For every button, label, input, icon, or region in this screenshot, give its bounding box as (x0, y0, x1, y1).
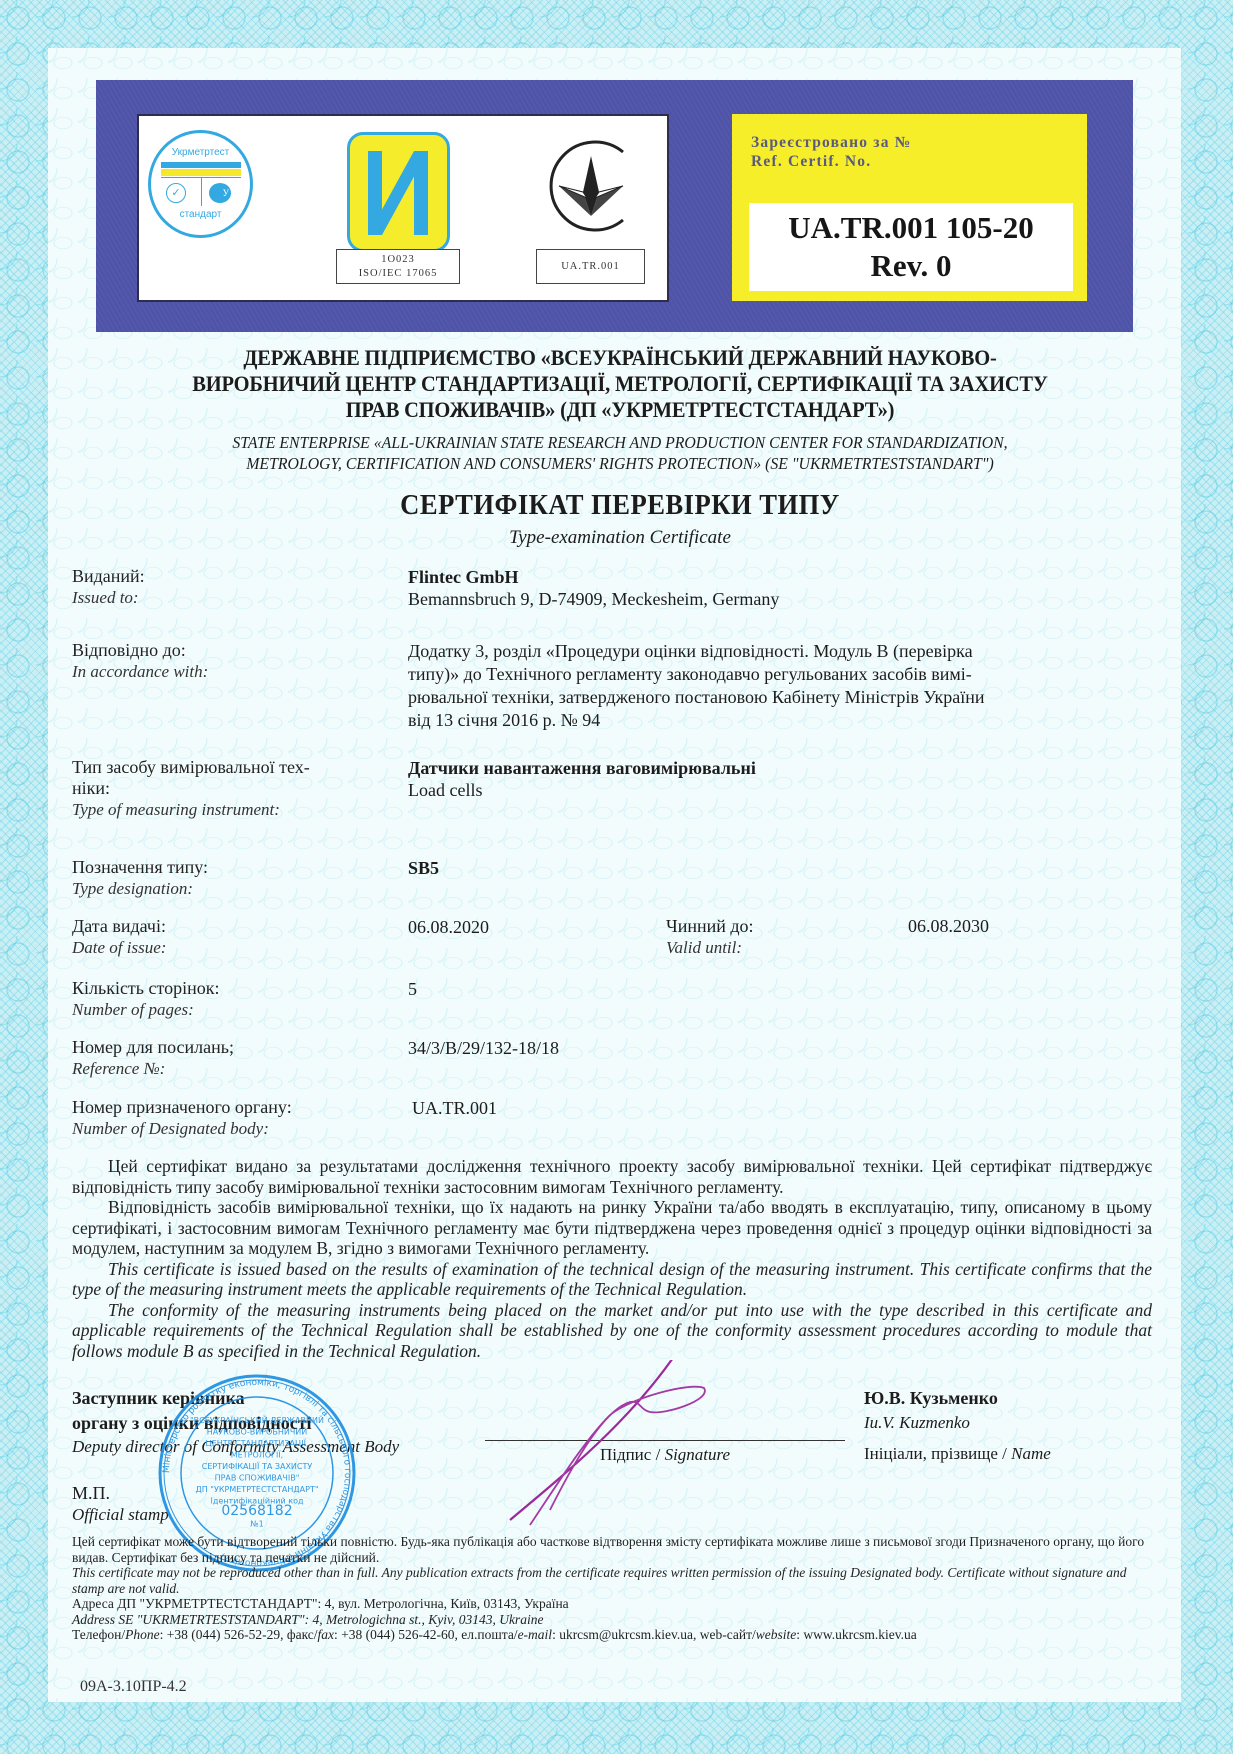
notice-en: This certificate may not be reproduced o… (72, 1565, 1152, 1596)
address-ua: Адреса ДП "УКРМЕТРТЕСТСТАНДАРТ": 4, вул.… (72, 1596, 1152, 1612)
consumer-mark-icon: У (209, 183, 231, 203)
ukrmetrtest-logo-top-text: Укрметртест (151, 147, 250, 158)
field-accordance: Відповідно до: In accordance with: Додат… (72, 640, 1162, 682)
name-caption-ua: Ініціали, прізвище / (864, 1444, 1011, 1463)
registration-number: UA.TR.001 105-20 (749, 209, 1073, 247)
certificate-title: СЕРТИФІКАТ ПЕРЕВІРКИ ТИПУ (98, 490, 1143, 522)
accreditation-code: 1O023 (337, 253, 459, 267)
field-number-of-pages: Кількість сторінок: Number of pages: 5 (72, 978, 1162, 1020)
field-label-en: Number of Designated body: (72, 1118, 1162, 1139)
statement-paragraph: Цей сертифікат видано за результатами до… (72, 1156, 1152, 1197)
website-link[interactable]: : www.ukrcsm.kiev.ua (796, 1627, 916, 1642)
phone-label-en: Phone (125, 1627, 160, 1642)
registration-label-ua: Зареєстровано за № (751, 133, 912, 152)
org-line: ПРАВ СПОЖИВАЧІВ» (ДП «УКРМЕТРТЕСТСТАНДАР… (109, 397, 1132, 423)
accreditation-logo-icon (347, 132, 450, 252)
instrument-type-value: Датчики навантаження ваговимірювальні Lo… (408, 757, 1158, 801)
instrument-type-en: Load cells (408, 779, 1158, 801)
registration-label: Зареєстровано за № Ref. Certif. No. (751, 133, 912, 171)
form-code: 09А-3.10ПР-4.2 (80, 1677, 187, 1697)
email-label-en: e-mail (518, 1627, 553, 1642)
accreditation-code-box: 1O023 ISO/IEC 17065 (336, 249, 460, 284)
field-reference-no: Номер для посилань; Reference №: 34/3/В/… (72, 1037, 1162, 1079)
ukrmetrtest-logo-bottom-text: стандарт (151, 209, 250, 220)
footer-notes: Цей сертифікат може бути відтворений тіл… (72, 1534, 1152, 1643)
accordance-line: від 13 січня 2016 р. № 94 (408, 709, 1158, 732)
accordance-line: Додатку 3, розділ «Процедури оцінки відп… (408, 640, 1158, 663)
field-label-en: Type designation: (72, 878, 1162, 899)
statement-paragraph: Відповідність засобів вимірювальної техн… (72, 1197, 1152, 1259)
svg-text:СЕРТИФІКАЦІЇ ТА ЗАХИСТУ: СЕРТИФІКАЦІЇ ТА ЗАХИСТУ (202, 1461, 313, 1471)
valid-until-value: 06.08.2030 (908, 916, 989, 937)
field-label-ua: Чинний до: (666, 916, 754, 937)
field-label-en: Number of pages: (72, 999, 1162, 1020)
org-line: METROLOGY, CERTIFICATION AND CONSUMERS' … (109, 453, 1132, 474)
email-link[interactable]: : ukrcsm@ukrcsm.kiev.ua, (552, 1627, 700, 1642)
svg-text:ПРАВ СПОЖИВАЧІВ": ПРАВ СПОЖИВАЧІВ" (215, 1474, 300, 1483)
field-label-en: Date of issue: (72, 937, 1162, 958)
name-caption-en: Name (1011, 1444, 1051, 1463)
email-label: ел.пошта/ (461, 1627, 517, 1642)
signer-name-en: Iu.V. Kuzmenko (864, 1412, 1164, 1434)
field-label-ua: Дата видачі: (72, 916, 1162, 937)
signer-name-block: Ю.В. Кузьменко Iu.V. Kuzmenko Ініціали, … (864, 1386, 1164, 1465)
certificate-subtitle: Type-examination Certificate (70, 527, 1170, 549)
stamp-label-ua: М.П. (72, 1482, 110, 1504)
org-line: ДЕРЖАВНЕ ПІДПРИЄМСТВО «ВСЕУКРАЇНСЬКИЙ ДЕ… (109, 345, 1132, 371)
field-dates: Дата видачі: Date of issue: 06.08.2020 Ч… (72, 916, 1162, 958)
field-type-designation: Позначення типу: Type designation: SB5 (72, 857, 1162, 899)
phone-value: : +38 (044) 526-52-29, (160, 1627, 287, 1642)
reference-no-value: 34/3/В/29/132-18/18 (408, 1037, 1158, 1059)
registration-revision: Rev. 0 (749, 247, 1073, 285)
flag-blue-stripe (161, 162, 241, 168)
type-designation-value: SB5 (408, 857, 1158, 879)
contacts-line: Телефон/Phone: +38 (044) 526-52-29, факс… (72, 1627, 1152, 1643)
phone-label: Телефон/ (72, 1627, 125, 1642)
issued-to-value: Flintec GmbH Bemannsbruch 9, D-74909, Me… (408, 566, 1158, 610)
designated-body-value: UA.TR.001 (412, 1097, 1162, 1119)
valid-until-label: Чинний до: Valid until: (666, 916, 754, 958)
address-en: Address SE "UKRMETRTESTSTANDART": 4, Met… (72, 1612, 1152, 1628)
trident-mark-icon: ✓ (166, 183, 186, 203)
accordance-value: Додатку 3, розділ «Процедури оцінки відп… (408, 640, 1158, 732)
field-issued-to: Виданий: Issued to: Flintec GmbH Bemanns… (72, 566, 1162, 608)
accordance-line: типу)» до Технічного регламенту законода… (408, 663, 1158, 686)
org-line: STATE ENTERPRISE «ALL-UKRAINIAN STATE RE… (109, 432, 1132, 453)
conformity-mark-icon (543, 134, 633, 238)
fax-label: факс/ (287, 1627, 318, 1642)
field-label-en: Type of measuring instrument: (72, 799, 1162, 820)
flag-yellow-stripe (161, 169, 241, 176)
registration-number-box: UA.TR.001 105-20 Rev. 0 (749, 203, 1073, 291)
signer-name-ua: Ю.В. Кузьменко (864, 1386, 1164, 1411)
divider (201, 178, 202, 206)
field-label-en: Reference №: (72, 1058, 1162, 1079)
svg-text:МЕТРОЛОГІЇ,: МЕТРОЛОГІЇ, (231, 1450, 283, 1460)
svg-text:НАУКОВО-ВИРОБНИЧИЙ: НАУКОВО-ВИРОБНИЧИЙ (207, 1426, 308, 1437)
organization-name-en: STATE ENTERPRISE «ALL-UKRAINIAN STATE RE… (109, 432, 1132, 474)
registration-box: Зареєстровано за № Ref. Certif. No. UA.T… (732, 114, 1087, 301)
field-instrument-type: Тип засобу вимірювальної тех- ніки: Type… (72, 757, 1162, 820)
statement-paragraph: This certificate is issued based on the … (72, 1259, 1152, 1300)
company-name: Flintec GmbH (408, 566, 1158, 588)
instrument-type-ua: Датчики навантаження ваговимірювальні (408, 757, 1158, 779)
organization-name-ua: ДЕРЖАВНЕ ПІДПРИЄМСТВО «ВСЕУКРАЇНСЬКИЙ ДЕ… (109, 345, 1132, 423)
handwritten-signature (490, 1360, 730, 1530)
name-caption: Ініціали, прізвище / Name (864, 1443, 1164, 1465)
field-label-en: Valid until: (666, 937, 754, 958)
certificate-statement: Цей сертифікат видано за результатами до… (72, 1156, 1152, 1361)
website-label-en: website (756, 1627, 797, 1642)
conformity-code-box: UA.TR.001 (536, 249, 645, 284)
statement-paragraph: The conformity of the measuring instrume… (72, 1300, 1152, 1362)
page-edge (1233, 0, 1241, 1754)
company-address: Bemannsbruch 9, D-74909, Meckesheim, Ger… (408, 588, 1158, 610)
registration-label-en: Ref. Certif. No. (751, 152, 912, 171)
fax-label-en: fax (318, 1627, 335, 1642)
svg-text:"ВСЕУКРАЇНСЬКИЙ ДЕРЖАВНИЙ: "ВСЕУКРАЇНСЬКИЙ ДЕРЖАВНИЙ (190, 1414, 324, 1425)
field-designated-body: Номер призначеного органу: Number of Des… (72, 1097, 1162, 1139)
accordance-line: рювальної техніки, затвердженого постано… (408, 686, 1158, 709)
ukrmetrtest-logo: Укрметртест ✓ У стандарт (148, 130, 253, 238)
number-of-pages-value: 5 (408, 978, 1158, 1000)
accreditation-standard: ISO/IEC 17065 (337, 267, 459, 281)
notice-ua: Цей сертифікат може бути відтворений тіл… (72, 1534, 1152, 1565)
svg-text:02568182: 02568182 (221, 1503, 292, 1519)
fax-value: : +38 (044) 526-42-60, (334, 1627, 461, 1642)
org-line: ВИРОБНИЧИЙ ЦЕНТР СТАНДАРТИЗАЦІЇ, МЕТРОЛО… (109, 371, 1132, 397)
date-of-issue-value: 06.08.2020 (408, 916, 608, 938)
website-label: web-сайт/ (700, 1627, 756, 1642)
svg-text:ЦЕНТР СТАНДАРТИЗАЦІЇ,: ЦЕНТР СТАНДАРТИЗАЦІЇ, (206, 1438, 309, 1448)
svg-text:№1: №1 (250, 1520, 263, 1529)
svg-text:ДП "УКРМЕТРТЕСТСТАНДАРТ": ДП "УКРМЕТРТЕСТСТАНДАРТ" (195, 1485, 318, 1494)
